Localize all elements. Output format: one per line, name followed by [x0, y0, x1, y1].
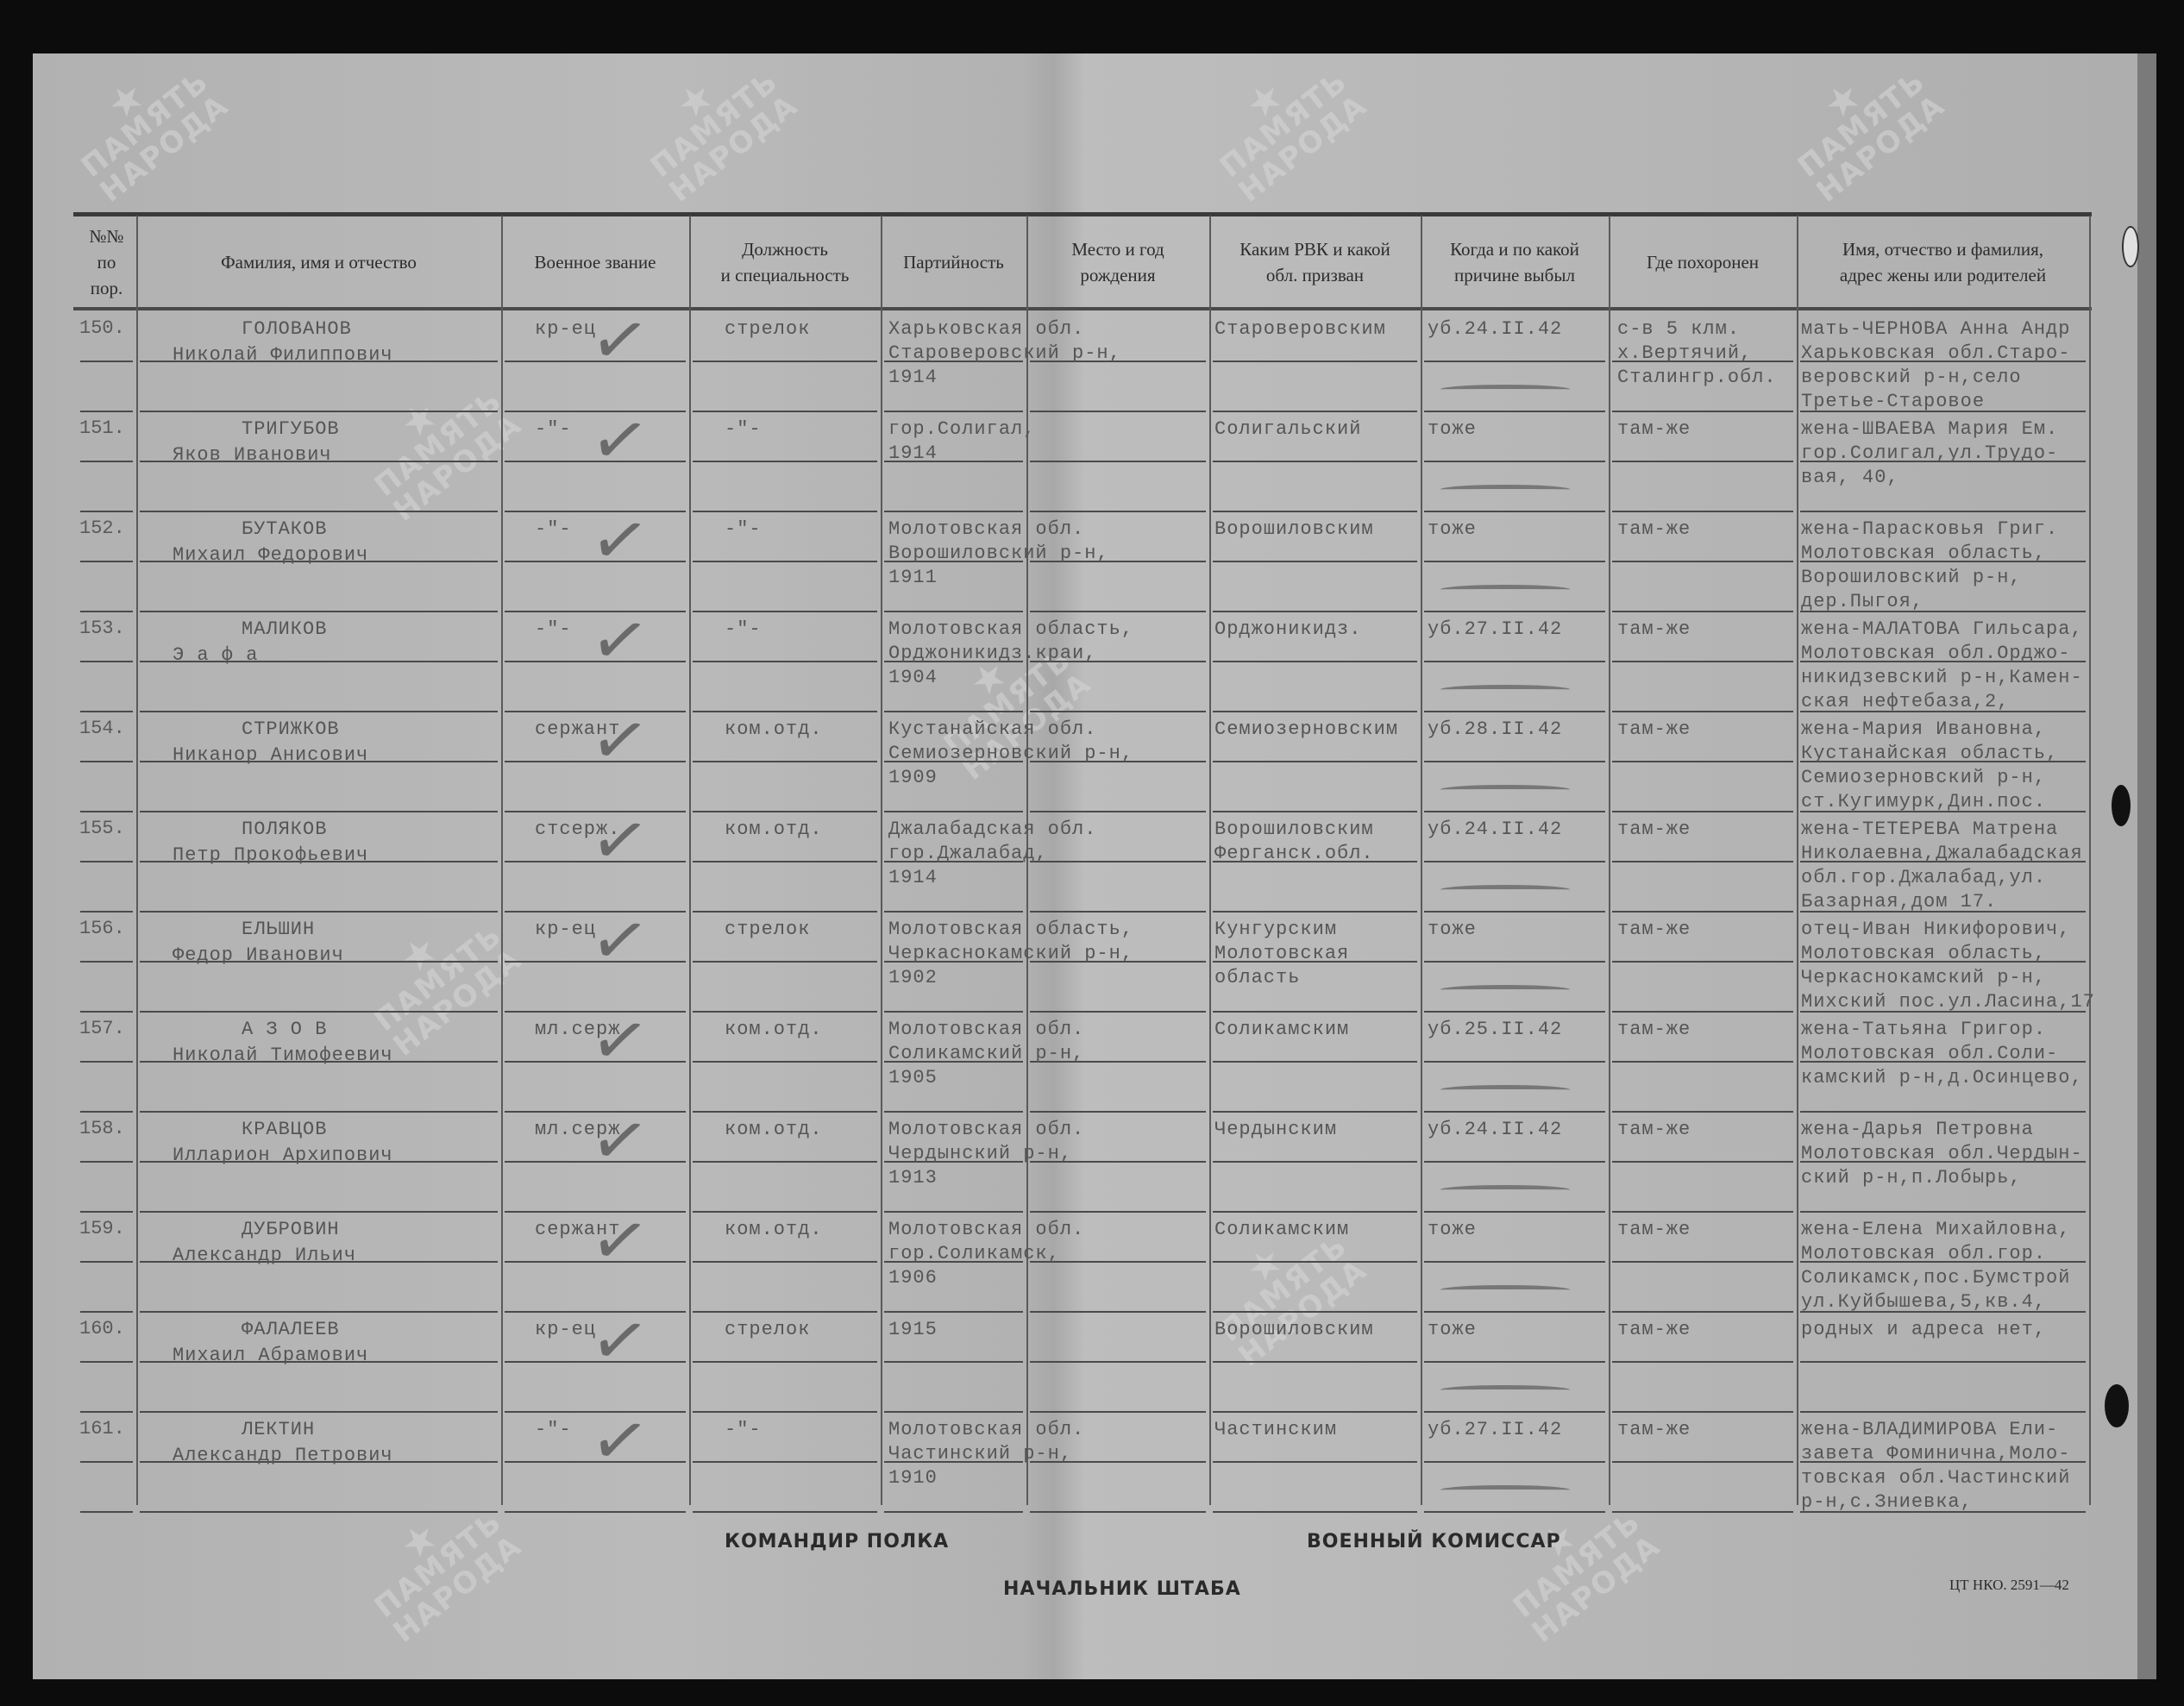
- pencil-mark: [1440, 485, 1570, 494]
- row-rule: [693, 1211, 877, 1213]
- paper-damage: [2122, 226, 2139, 267]
- military-rank: -"-: [535, 517, 572, 542]
- conscription-office: Ворошиловским: [1214, 1318, 1374, 1342]
- conscription-office: Семиозерновским: [1214, 718, 1398, 742]
- conscription-office: Орджоникидз.: [1214, 618, 1361, 642]
- row-number: 153.: [79, 618, 125, 639]
- row-rule: [80, 861, 133, 862]
- row-rule: [1612, 761, 1793, 762]
- row-rule: [140, 811, 498, 812]
- column-divider: [2089, 216, 2091, 1505]
- row-rule: [80, 911, 133, 913]
- column-divider: [1609, 216, 1610, 1505]
- row-rule: [140, 711, 498, 712]
- row-rule: [1030, 1111, 1206, 1113]
- burial-place: там-же: [1617, 718, 1691, 742]
- paper-damage: [2112, 785, 2131, 826]
- given-names: Александр Петрович: [173, 1444, 393, 1468]
- conscription-office: Кунгурским Молотовская область: [1214, 918, 1349, 990]
- row-rule: [1424, 511, 1605, 512]
- row-rule: [1424, 1361, 1605, 1363]
- row-rule: [884, 811, 1023, 812]
- row-rule: [693, 411, 877, 412]
- row-rule: [1612, 1161, 1793, 1163]
- surname: КРАВЦОВ: [242, 1118, 327, 1142]
- row-rule: [1612, 1311, 1793, 1313]
- row-rule: [1213, 611, 1417, 612]
- column-divider: [1209, 216, 1211, 1505]
- column-divider: [689, 216, 691, 1505]
- row-rule: [693, 1461, 877, 1463]
- burial-place: там-же: [1617, 818, 1691, 842]
- row-rule: [1612, 461, 1793, 462]
- row-rule: [693, 1511, 877, 1513]
- pencil-mark: [1440, 785, 1570, 794]
- row-rule: [80, 661, 133, 662]
- burial-place: там-же: [1617, 1018, 1691, 1042]
- row-rule: [693, 811, 877, 812]
- row-rule: [884, 1011, 1023, 1013]
- birthplace-year: Молотовская обл. Частинский р-н, 1910: [888, 1418, 1084, 1490]
- row-rule: [1213, 411, 1417, 412]
- row-rule: [80, 361, 133, 362]
- burial-place: там-же: [1617, 417, 1691, 442]
- row-rule: [1612, 1361, 1793, 1363]
- row-rule: [1213, 1011, 1417, 1013]
- row-rule: [1424, 1311, 1605, 1313]
- row-rule: [1030, 1361, 1206, 1363]
- row-rule: [884, 1411, 1023, 1413]
- header-party: Партийность: [881, 217, 1026, 307]
- row-rule: [693, 861, 877, 862]
- row-rule: [1424, 1061, 1605, 1063]
- row-rule: [693, 1161, 877, 1163]
- row-number: 151.: [79, 417, 125, 439]
- row-rule: [140, 1411, 498, 1413]
- row-rule: [1424, 1461, 1605, 1463]
- row-rule: [80, 1511, 133, 1513]
- surname: ЛЕКТИН: [242, 1418, 315, 1442]
- given-names: Николай Тимофеевич: [173, 1044, 393, 1068]
- header-buried: Где похоронен: [1609, 217, 1797, 307]
- relatives-address: жена-ТЕТЕРЕВА Матрена Николаевна,Джалаба…: [1801, 818, 2083, 914]
- row-rule: [1424, 611, 1605, 612]
- row-rule: [140, 1011, 498, 1013]
- military-rank: кр-ец: [535, 317, 596, 342]
- row-rule: [1612, 1011, 1793, 1013]
- row-rule: [884, 1211, 1023, 1213]
- pencil-mark: [1440, 685, 1570, 694]
- birthplace-year: Харьковская обл. Старовеpовский р-н, 191…: [888, 317, 1121, 390]
- date-reason-left: уб.27.II.42: [1428, 1418, 1562, 1442]
- row-rule: [140, 911, 498, 913]
- row-rule: [1213, 1411, 1417, 1413]
- row-rule: [1213, 711, 1417, 712]
- row-number: 156.: [79, 918, 125, 939]
- birthplace-year: Молотовская обл. Чердынский р-н, 1913: [888, 1118, 1084, 1190]
- date-reason-left: тоже: [1428, 417, 1477, 442]
- surname: ДУБРОВИН: [242, 1218, 340, 1242]
- conscription-office: Ворошиловским Ферганск.обл.: [1214, 818, 1374, 866]
- row-rule: [1800, 1211, 2086, 1213]
- row-rule: [80, 1011, 133, 1013]
- position: ком.отд.: [725, 1218, 823, 1242]
- row-rule: [1213, 1261, 1417, 1263]
- row-rule: [1213, 1061, 1417, 1063]
- date-reason-left: уб.24.II.42: [1428, 818, 1562, 842]
- row-rule: [693, 661, 877, 662]
- row-rule: [1030, 461, 1206, 462]
- chief-of-staff-signature-label: НАЧАЛЬНИК ШТАБА: [1003, 1578, 1241, 1600]
- given-names: Яков Иванович: [173, 443, 332, 467]
- row-rule: [1800, 511, 2086, 512]
- conscription-office: Чердынским: [1214, 1118, 1337, 1142]
- row-rule: [693, 911, 877, 913]
- given-names: Александр Ильич: [173, 1244, 356, 1268]
- row-rule: [80, 1061, 133, 1063]
- birthplace-year: Кустанайская обл. Семиозерновский р-н, 1…: [888, 718, 1133, 790]
- row-rule: [80, 461, 133, 462]
- row-rule: [693, 361, 877, 362]
- position: ком.отд.: [725, 1118, 823, 1142]
- row-rule: [1424, 1161, 1605, 1163]
- burial-place: там-же: [1617, 1418, 1691, 1442]
- row-rule: [1213, 1361, 1417, 1363]
- relatives-address: отец-Иван Никифорович, Молотовская облас…: [1801, 918, 2095, 1014]
- birthplace-year: гор.Солигал, 1914: [888, 417, 1035, 466]
- row-rule: [1030, 611, 1206, 612]
- row-rule: [1213, 1161, 1417, 1163]
- row-number: 161.: [79, 1418, 125, 1439]
- row-rule: [884, 1311, 1023, 1313]
- row-rule: [693, 561, 877, 562]
- relatives-address: жена-Парасковья Григ. Молотовская област…: [1801, 517, 2058, 614]
- row-rule: [1424, 911, 1605, 913]
- date-reason-left: уб.24.II.42: [1428, 317, 1562, 342]
- row-rule: [1424, 661, 1605, 662]
- row-rule: [1213, 461, 1417, 462]
- row-rule: [1424, 1411, 1605, 1413]
- row-rule: [1612, 811, 1793, 812]
- row-rule: [505, 1511, 686, 1513]
- column-divider: [136, 216, 138, 1505]
- commander-signature-label: КОМАНДИР ПОЛКА: [725, 1531, 949, 1552]
- position: стрелок: [725, 317, 810, 342]
- given-names: Михаил Абрамович: [173, 1344, 368, 1368]
- row-rule: [1424, 1211, 1605, 1213]
- burial-place: там-же: [1617, 918, 1691, 942]
- pencil-mark: [1440, 985, 1570, 994]
- row-number: 159.: [79, 1218, 125, 1239]
- military-rank: -"-: [535, 417, 572, 442]
- conscription-office: Соликамским: [1214, 1218, 1349, 1242]
- row-rule: [1030, 711, 1206, 712]
- header-birth: Место и год рождения: [1026, 217, 1209, 307]
- burial-place: там-же: [1617, 1318, 1691, 1342]
- burial-place: там-же: [1617, 517, 1691, 542]
- header-position: Должность и специальность: [689, 217, 881, 307]
- relatives-address: мать-ЧЕРНОВА Анна Андр Харьковская обл.С…: [1801, 317, 2070, 414]
- row-rule: [1612, 611, 1793, 612]
- burial-place: там-же: [1617, 1118, 1691, 1142]
- row-rule: [140, 1511, 498, 1513]
- conscription-office: Ворошиловским: [1214, 517, 1374, 542]
- row-rule: [1030, 1311, 1206, 1313]
- row-rule: [80, 1161, 133, 1163]
- row-number: 160.: [79, 1318, 125, 1339]
- row-rule: [693, 1411, 877, 1413]
- surname: МАЛИКОВ: [242, 618, 327, 642]
- row-rule: [80, 511, 133, 512]
- row-rule: [140, 411, 498, 412]
- birthplace-year: Молотовская обл. Соликамский р-н, 1905: [888, 1018, 1084, 1090]
- header-when: Когда и по какой причине выбыл: [1421, 217, 1609, 307]
- row-rule: [1612, 1261, 1793, 1263]
- position: -"-: [725, 517, 762, 542]
- table-top-border: [73, 212, 2092, 216]
- birthplace-year: Джалабадская обл. гор.Джалабад, 1914: [888, 818, 1096, 890]
- military-rank: кр-ец: [535, 1318, 596, 1342]
- row-rule: [693, 611, 877, 612]
- position: ком.отд.: [725, 818, 823, 842]
- row-rule: [80, 1261, 133, 1263]
- header-bottom-border: [73, 307, 2092, 310]
- row-rule: [1424, 711, 1605, 712]
- row-rule: [1030, 1011, 1206, 1013]
- date-reason-left: уб.28.II.42: [1428, 718, 1562, 742]
- row-rule: [693, 1311, 877, 1313]
- row-rule: [1612, 661, 1793, 662]
- row-rule: [80, 1111, 133, 1113]
- surname: ПОЛЯКОВ: [242, 818, 327, 842]
- row-rule: [1213, 1311, 1417, 1313]
- row-rule: [1424, 1261, 1605, 1263]
- row-rule: [884, 1511, 1023, 1513]
- surname: ЕЛЬШИН: [242, 918, 315, 942]
- header-rank: Военное звание: [501, 217, 689, 307]
- given-names: Э а ф а: [173, 643, 258, 668]
- military-rank: кр-ец: [535, 918, 596, 942]
- row-rule: [1424, 461, 1605, 462]
- military-rank: -"-: [535, 1418, 572, 1442]
- row-rule: [693, 1011, 877, 1013]
- row-rule: [80, 611, 133, 612]
- row-rule: [1213, 1511, 1417, 1513]
- row-rule: [1612, 1061, 1793, 1063]
- position: -"-: [725, 1418, 762, 1442]
- pencil-mark: [1440, 1385, 1570, 1395]
- row-rule: [1612, 1111, 1793, 1113]
- row-rule: [1213, 561, 1417, 562]
- surname: ФАЛАЛЕЕВ: [242, 1318, 340, 1342]
- position: -"-: [725, 618, 762, 642]
- row-rule: [1030, 911, 1206, 913]
- birthplace-year: 1915: [888, 1318, 938, 1342]
- row-rule: [140, 511, 498, 512]
- surname: ГОЛОВАНОВ: [242, 317, 352, 342]
- surname: БУТАКОВ: [242, 517, 327, 542]
- row-rule: [1030, 811, 1206, 812]
- conscription-office: Староверовским: [1214, 317, 1386, 342]
- row-number: 152.: [79, 517, 125, 539]
- pencil-mark: [1440, 1285, 1570, 1295]
- row-rule: [80, 711, 133, 712]
- row-rule: [1424, 761, 1605, 762]
- given-names: Михаил Федорович: [173, 543, 368, 568]
- header-relatives: Имя, отчество и фамилия, адрес жены или …: [1797, 217, 2089, 307]
- row-rule: [884, 511, 1023, 512]
- row-rule: [884, 1361, 1023, 1363]
- row-rule: [140, 611, 498, 612]
- row-rule: [1213, 1461, 1417, 1463]
- pencil-mark: [1440, 1085, 1570, 1094]
- date-reason-left: уб.27.II.42: [1428, 618, 1562, 642]
- row-rule: [1213, 811, 1417, 812]
- surname: ТРИГУБОВ: [242, 417, 340, 442]
- conscription-office: Частинским: [1214, 1418, 1337, 1442]
- pencil-mark: [1440, 585, 1570, 594]
- row-rule: [1030, 1411, 1206, 1413]
- pencil-mark: [1440, 1185, 1570, 1195]
- date-reason-left: тоже: [1428, 1218, 1477, 1242]
- page-edge: [2137, 53, 2156, 1679]
- commissar-signature-label: ВОЕННЫЙ КОМИССАР: [1307, 1531, 1561, 1552]
- row-rule: [1424, 961, 1605, 963]
- header-name: Фамилия, имя и отчество: [136, 217, 501, 307]
- row-rule: [693, 1061, 877, 1063]
- relatives-address: жена-Мария Ивановна, Кустанайская област…: [1801, 718, 2058, 814]
- row-rule: [1800, 1411, 2086, 1413]
- row-rule: [1424, 411, 1605, 412]
- row-rule: [884, 1111, 1023, 1113]
- row-rule: [80, 1361, 133, 1363]
- row-rule: [693, 711, 877, 712]
- row-rule: [80, 1211, 133, 1213]
- row-rule: [1213, 1111, 1417, 1113]
- row-rule: [1612, 1511, 1793, 1513]
- row-rule: [1424, 811, 1605, 812]
- pencil-mark: [1440, 885, 1570, 894]
- birthplace-year: Молотовская область, Орджоникидз.краи, 1…: [888, 618, 1133, 690]
- relatives-address: родных и адреса нет,: [1801, 1318, 2046, 1342]
- position: ком.отд.: [725, 718, 823, 742]
- row-rule: [1424, 1011, 1605, 1013]
- row-rule: [1213, 361, 1417, 362]
- row-rule: [884, 411, 1023, 412]
- row-rule: [1213, 1211, 1417, 1213]
- position: стрелок: [725, 918, 810, 942]
- row-rule: [1213, 661, 1417, 662]
- row-rule: [1612, 711, 1793, 712]
- row-rule: [80, 961, 133, 963]
- birthplace-year: Молотовская обл. Ворошиловский р-н, 1911: [888, 517, 1109, 590]
- row-rule: [1800, 1111, 2086, 1113]
- burial-place: с-в 5 клм. х.Вертячий, Сталингр.обл.: [1617, 317, 1777, 390]
- date-reason-left: тоже: [1428, 1318, 1477, 1342]
- burial-place: там-же: [1617, 618, 1691, 642]
- row-rule: [693, 511, 877, 512]
- row-rule: [693, 1111, 877, 1113]
- birthplace-year: Молотовская область, Черкаснокамский р-н…: [888, 918, 1133, 990]
- column-divider: [1421, 216, 1422, 1505]
- column-divider: [501, 216, 503, 1505]
- relatives-address: жена-МАЛАТОВА Гильсара, Молотовская обл.…: [1801, 618, 2083, 714]
- given-names: Никанор Анисович: [173, 743, 368, 768]
- row-rule: [693, 461, 877, 462]
- row-rule: [884, 611, 1023, 612]
- conscription-office: Солигальский: [1214, 417, 1361, 442]
- row-rule: [1213, 761, 1417, 762]
- position: ком.отд.: [725, 1018, 823, 1042]
- row-rule: [1424, 561, 1605, 562]
- row-number: 157.: [79, 1018, 125, 1039]
- given-names: Петр Прокофьевич: [173, 844, 368, 868]
- column-divider: [1797, 216, 1798, 1505]
- relatives-address: жена-Елена Михайловна, Молотовская обл.г…: [1801, 1218, 2070, 1314]
- row-rule: [1612, 1461, 1793, 1463]
- position: стрелок: [725, 1318, 810, 1342]
- row-rule: [693, 1361, 877, 1363]
- row-rule: [1030, 511, 1206, 512]
- row-rule: [80, 811, 133, 812]
- relatives-address: жена-ШВАЕВА Мария Ем. гор.Солигал,ул.Тру…: [1801, 417, 2058, 490]
- row-rule: [1424, 861, 1605, 862]
- row-rule: [1030, 411, 1206, 412]
- given-names: Федор Иванович: [173, 944, 344, 968]
- birthplace-year: Молотовская обл. гор.Соликамск, 1906: [888, 1218, 1084, 1290]
- row-rule: [140, 1111, 498, 1113]
- paper-damage: [2105, 1384, 2129, 1427]
- row-number: 150.: [79, 317, 125, 339]
- burial-place: там-же: [1617, 1218, 1691, 1242]
- given-names: Николай Филиппович: [173, 343, 393, 367]
- row-rule: [1213, 511, 1417, 512]
- row-rule: [1424, 1111, 1605, 1113]
- date-reason-left: уб.24.II.42: [1428, 1118, 1562, 1142]
- pencil-mark: [1440, 1485, 1570, 1495]
- relatives-address: жена-Татьяна Григор. Молотовская обл.Сол…: [1801, 1018, 2083, 1090]
- row-rule: [1612, 511, 1793, 512]
- row-rule: [80, 1411, 133, 1413]
- form-code: ЦТ НКО. 2591—42: [1949, 1577, 2069, 1594]
- row-rule: [1612, 411, 1793, 412]
- row-rule: [884, 911, 1023, 913]
- row-rule: [1424, 1511, 1605, 1513]
- column-divider: [881, 216, 882, 1505]
- header-num: №№ по пор.: [77, 217, 136, 307]
- row-rule: [80, 411, 133, 412]
- row-rule: [80, 561, 133, 562]
- row-rule: [693, 1261, 877, 1263]
- pencil-mark: [1440, 385, 1570, 394]
- row-rule: [1030, 1511, 1206, 1513]
- row-rule: [1612, 1211, 1793, 1213]
- given-names: Илларион Архипович: [173, 1144, 393, 1168]
- row-rule: [80, 761, 133, 762]
- row-rule: [1424, 361, 1605, 362]
- date-reason-left: тоже: [1428, 918, 1477, 942]
- row-rule: [1800, 1361, 2086, 1363]
- row-rule: [1612, 561, 1793, 562]
- row-rule: [1612, 911, 1793, 913]
- relatives-address: жена-Дарья Петровна Молотовская обл.Черд…: [1801, 1118, 2083, 1190]
- row-rule: [140, 1311, 498, 1313]
- row-number: 155.: [79, 818, 125, 839]
- surname: СТРИЖКОВ: [242, 718, 340, 742]
- row-rule: [80, 1311, 133, 1313]
- row-number: 154.: [79, 718, 125, 739]
- conscription-office: Соликамским: [1214, 1018, 1349, 1042]
